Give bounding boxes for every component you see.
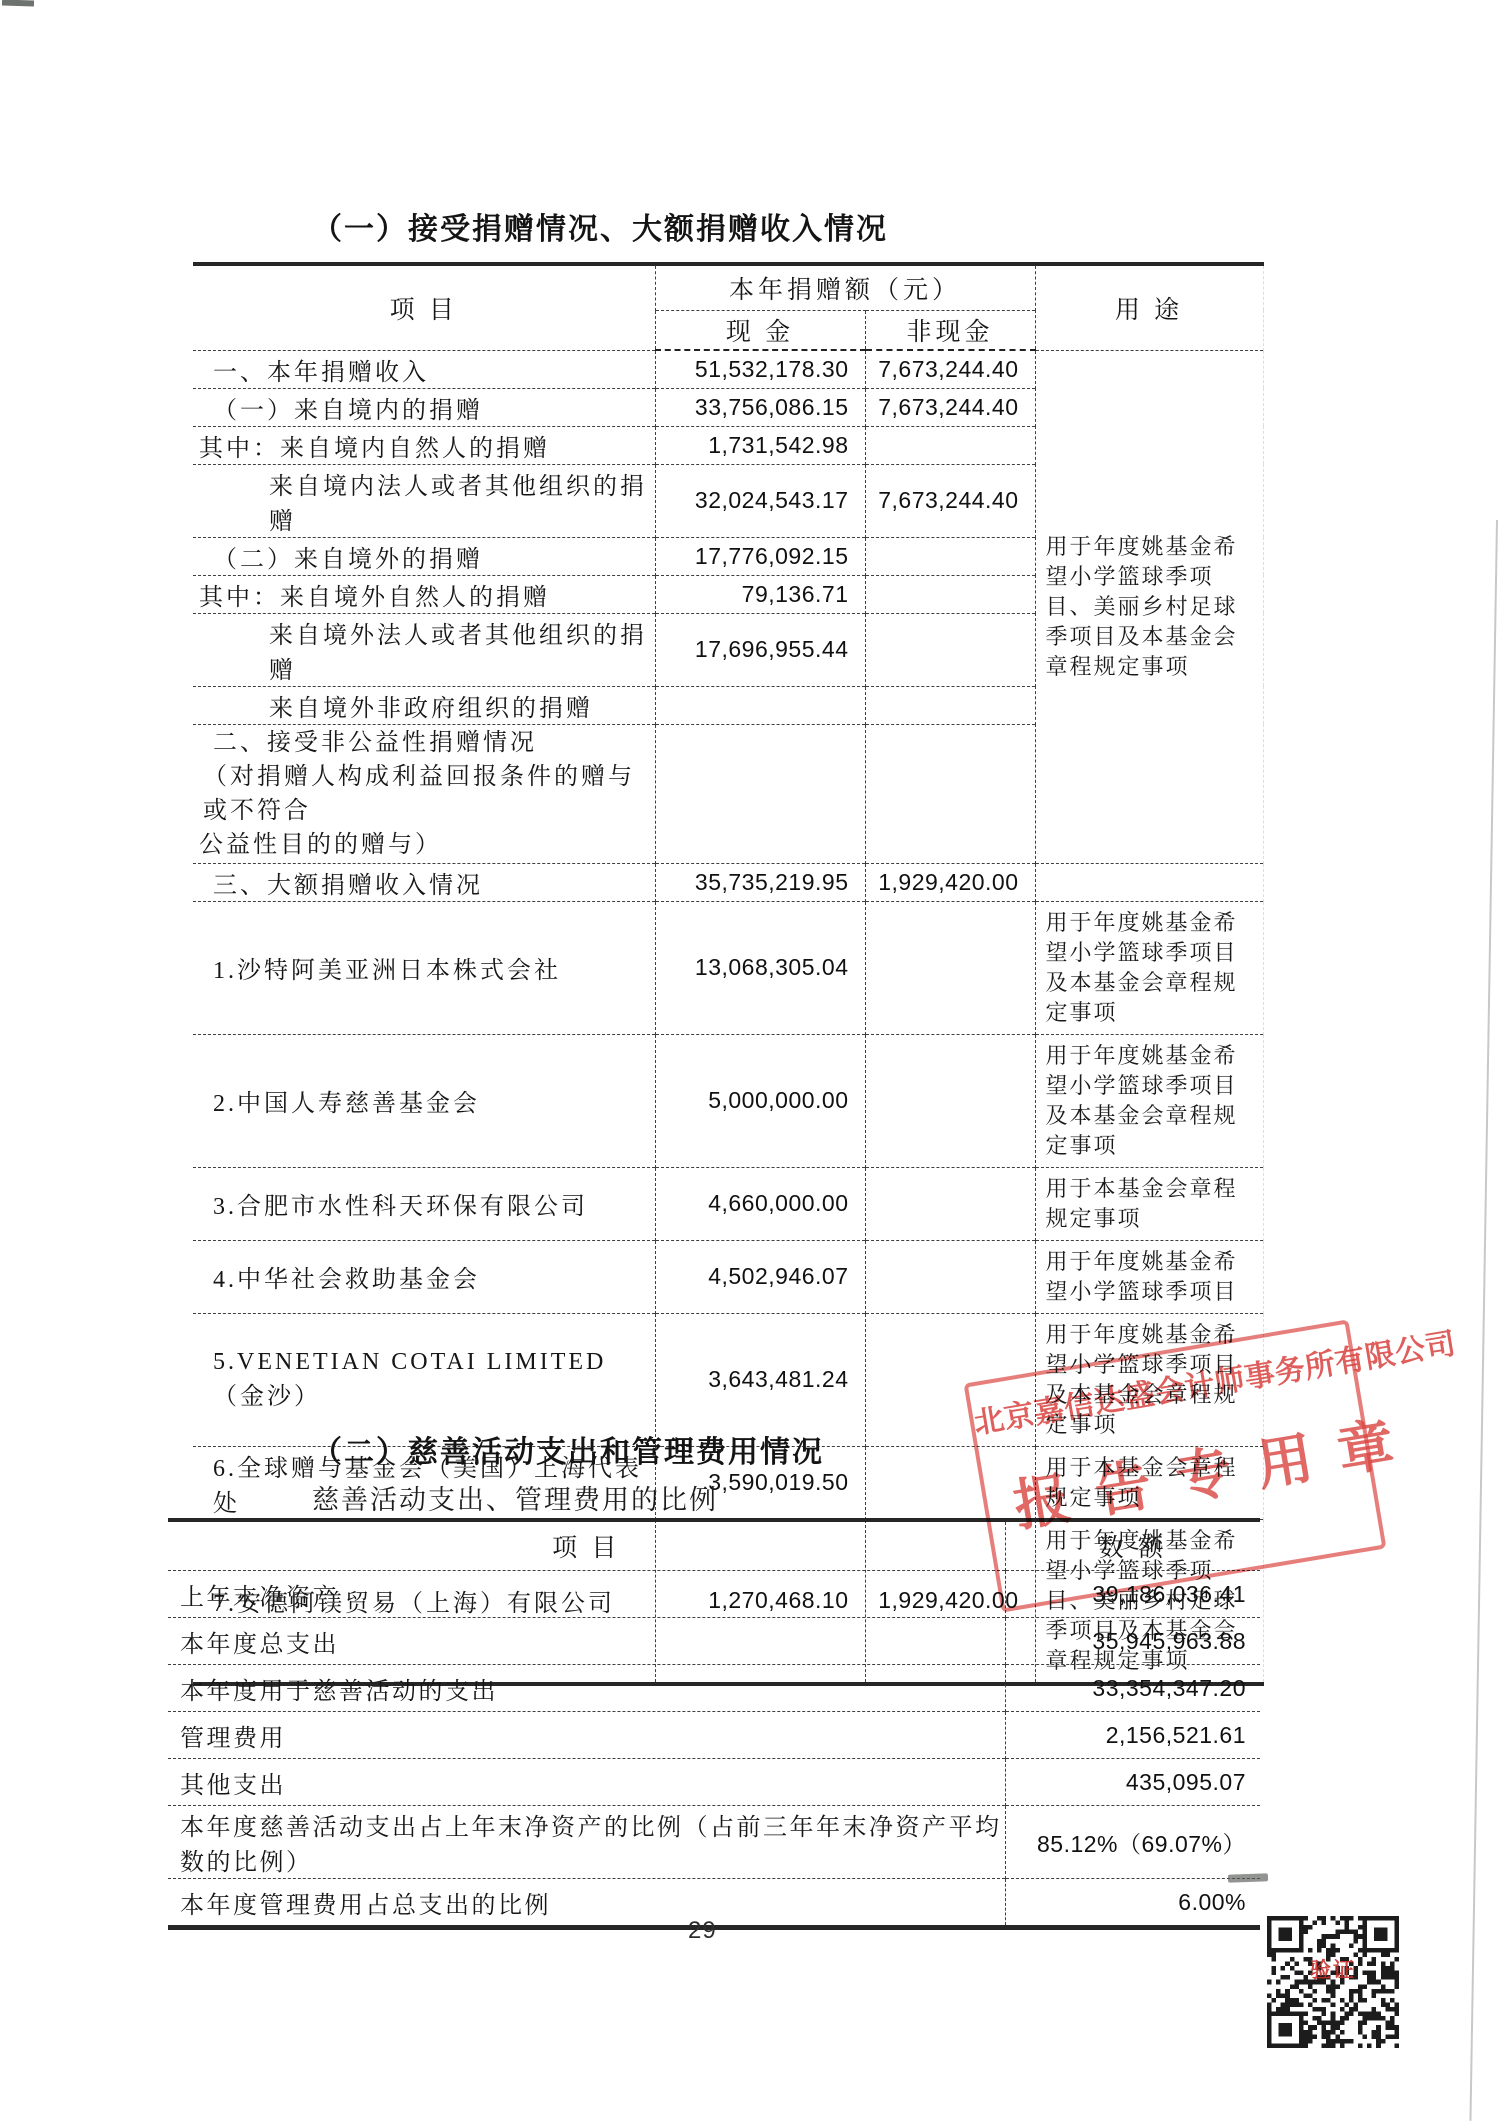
amount-value: 2,156,521.61 xyxy=(1005,1712,1260,1759)
cash-value: 4,660,000.00 xyxy=(655,1167,865,1240)
noncash-value xyxy=(865,724,1035,863)
cash-value: 4,502,946.07 xyxy=(655,1240,865,1313)
cash-value xyxy=(655,724,865,863)
row-label: 三、大额捐赠收入情况 xyxy=(193,863,655,901)
noncash-value xyxy=(865,901,1035,1034)
column-header-cash: 现 金 xyxy=(655,310,865,350)
noncash-value xyxy=(865,1240,1035,1313)
column-header-item: 项 目 xyxy=(193,264,655,350)
noncash-value: 7,673,244.40 xyxy=(865,350,1035,388)
row-label: 本年度用于慈善活动的支出 xyxy=(168,1665,1005,1712)
amount-value: 85.12%（69.07%） xyxy=(1005,1806,1260,1879)
table-row: 1.沙特阿美亚洲日本株式会社13,068,305.04用于年度姚基金希望小学篮球… xyxy=(193,901,1263,1034)
noncash-value: 1,929,420.00 xyxy=(865,863,1035,901)
table-row: 上年末净资产39,186,036.41 xyxy=(168,1571,1260,1618)
table-row: 4.中华社会救助基金会4,502,946.07用于年度姚基金希望小学篮球季项目 xyxy=(193,1240,1263,1313)
cash-value: 79,136.71 xyxy=(655,575,865,613)
noncash-value xyxy=(865,1034,1035,1167)
cash-value xyxy=(655,686,865,724)
table-header-row: 项 目 本年捐赠额（元） 用 途 xyxy=(193,264,1263,310)
cash-value: 51,532,178.30 xyxy=(655,350,865,388)
table-row: 三、大额捐赠收入情况35,735,219.951,929,420.00 xyxy=(193,863,1263,901)
noncash-value xyxy=(865,1446,1035,1519)
donation-table: 项 目 本年捐赠额（元） 用 途 现 金 非现金 一、本年捐赠收入51,532,… xyxy=(193,262,1264,1686)
cash-value: 33,756,086.15 xyxy=(655,388,865,426)
row-label: 其中：来自境外自然人的捐赠 xyxy=(193,575,655,613)
table-header-row: 项 目 数 额 xyxy=(168,1520,1260,1571)
amount-value: 6.00% xyxy=(1005,1879,1260,1928)
scan-artifact-top-left xyxy=(2,0,34,7)
table-row: 其他支出435,095.07 xyxy=(168,1759,1260,1806)
cash-value: 1,731,542.98 xyxy=(655,426,865,464)
cash-value: 13,068,305.04 xyxy=(655,901,865,1034)
row-label: 二、接受非公益性捐赠情况（对捐赠人构成利益回报条件的赠与或不符合公益性目的的赠与… xyxy=(193,724,655,863)
table-row: 本年度慈善活动支出占上年末净资产的比例（占前三年年末净资产平均数的比例）85.1… xyxy=(168,1806,1260,1879)
usage-cell: 用于本基金会章程规定事项 xyxy=(1035,1167,1263,1240)
usage-cell: 用于年度姚基金希望小学篮球季项目及本基金会章程规定事项 xyxy=(1035,1034,1263,1167)
column-header-item: 项 目 xyxy=(168,1520,1005,1571)
table-row: 本年度总支出35,945,963.88 xyxy=(168,1618,1260,1665)
section1-title: （一）接受捐赠情况、大额捐赠收入情况 xyxy=(312,204,888,248)
table-row: 2.中国人寿慈善基金会5,000,000.00用于年度姚基金希望小学篮球季项目及… xyxy=(193,1034,1263,1167)
table-row: 3.合肥市水性科天环保有限公司4,660,000.00用于本基金会章程规定事项 xyxy=(193,1167,1263,1240)
column-header-amount-group: 本年捐赠额（元） xyxy=(655,264,1035,310)
noncash-value xyxy=(865,426,1035,464)
usage-cell: 用于年度姚基金希望小学篮球季项目 xyxy=(1035,1240,1263,1313)
table-row: 本年度用于慈善活动的支出33,354,347.20 xyxy=(168,1665,1260,1712)
row-label: 管理费用 xyxy=(168,1712,1005,1759)
usage-cell: 用于年度姚基金希望小学篮球季项目、美丽乡村足球季项目及本基金会章程规定事项 xyxy=(1035,350,1263,863)
cash-value: 35,735,219.95 xyxy=(655,863,865,901)
usage-cell: 用于年度姚基金希望小学篮球季项目及本基金会章程规定事项 xyxy=(1035,901,1263,1034)
column-header-noncash: 非现金 xyxy=(865,310,1035,350)
noncash-value xyxy=(865,537,1035,575)
column-header-usage: 用 途 xyxy=(1035,264,1263,350)
row-label: 其中：来自境内自然人的捐赠 xyxy=(193,426,655,464)
usage-cell xyxy=(1035,863,1263,901)
noncash-value xyxy=(865,686,1035,724)
row-label: 本年度总支出 xyxy=(168,1618,1005,1665)
row-label: 本年度管理费用占总支出的比例 xyxy=(168,1879,1005,1928)
qr-overlay-text: 验证 xyxy=(1267,1954,1399,1984)
row-label: 3.合肥市水性科天环保有限公司 xyxy=(193,1167,655,1240)
document-page: { "page": { "number": "29" }, "section1"… xyxy=(0,0,1500,2121)
row-label: 来自境外非政府组织的捐赠 xyxy=(193,686,655,724)
row-label: 上年末净资产 xyxy=(168,1571,1005,1618)
cash-value: 17,696,955.44 xyxy=(655,613,865,686)
row-label: 来自境内法人或者其他组织的捐赠 xyxy=(193,464,655,537)
row-label-line: 公益性目的的赠与） xyxy=(193,828,654,862)
row-label: 本年度慈善活动支出占上年末净资产的比例（占前三年年末净资产平均数的比例） xyxy=(168,1806,1005,1879)
amount-value: 435,095.07 xyxy=(1005,1759,1260,1806)
row-label: 1.沙特阿美亚洲日本株式会社 xyxy=(193,901,655,1034)
row-label-line: 二、接受非公益性捐赠情况 xyxy=(193,726,654,760)
column-header-amount: 数 额 xyxy=(1005,1520,1260,1571)
noncash-value xyxy=(865,1167,1035,1240)
cash-value: 32,024,543.17 xyxy=(655,464,865,537)
page-number: 29 xyxy=(688,1917,717,1945)
row-label: （二）来自境外的捐赠 xyxy=(193,537,655,575)
row-label: 4.中华社会救助基金会 xyxy=(193,1240,655,1313)
row-label: 2.中国人寿慈善基金会 xyxy=(193,1034,655,1167)
qr-code: 验证 xyxy=(1267,1916,1399,2048)
row-label: 来自境外法人或者其他组织的捐赠 xyxy=(193,613,655,686)
amount-value: 35,945,963.88 xyxy=(1005,1618,1260,1665)
scan-artifact-near-qr xyxy=(1228,1873,1268,1882)
noncash-value: 7,673,244.40 xyxy=(865,388,1035,426)
noncash-value xyxy=(865,613,1035,686)
row-label: 其他支出 xyxy=(168,1759,1005,1806)
usage-cell: 用于本基金会章程规定事项 xyxy=(1035,1446,1263,1519)
row-label: （一）来自境内的捐赠 xyxy=(193,388,655,426)
noncash-value xyxy=(865,1313,1035,1446)
section2-subtitle: 慈善活动支出、管理费用的比例 xyxy=(312,1478,718,1517)
section2-title: （二）慈善活动支出和管理费用情况 xyxy=(312,1427,824,1471)
cash-value: 5,000,000.00 xyxy=(655,1034,865,1167)
noncash-value: 7,673,244.40 xyxy=(865,464,1035,537)
cash-value: 17,776,092.15 xyxy=(655,537,865,575)
amount-value: 33,354,347.20 xyxy=(1005,1665,1260,1712)
table-row: 一、本年捐赠收入51,532,178.307,673,244.40用于年度姚基金… xyxy=(193,350,1263,388)
usage-cell: 用于年度姚基金希望小学篮球季项目及本基金会章程规定事项 xyxy=(1035,1313,1263,1446)
expenditure-table: 项 目 数 额 上年末净资产39,186,036.41本年度总支出35,945,… xyxy=(168,1518,1260,1930)
row-label: 一、本年捐赠收入 xyxy=(193,350,655,388)
table-row: 管理费用2,156,521.61 xyxy=(168,1712,1260,1759)
amount-value: 39,186,036.41 xyxy=(1005,1571,1260,1618)
noncash-value xyxy=(865,575,1035,613)
row-label-line: （对捐赠人构成利益回报条件的赠与或不符合 xyxy=(193,760,654,828)
scan-artifact-edge-line xyxy=(1469,520,1498,2121)
